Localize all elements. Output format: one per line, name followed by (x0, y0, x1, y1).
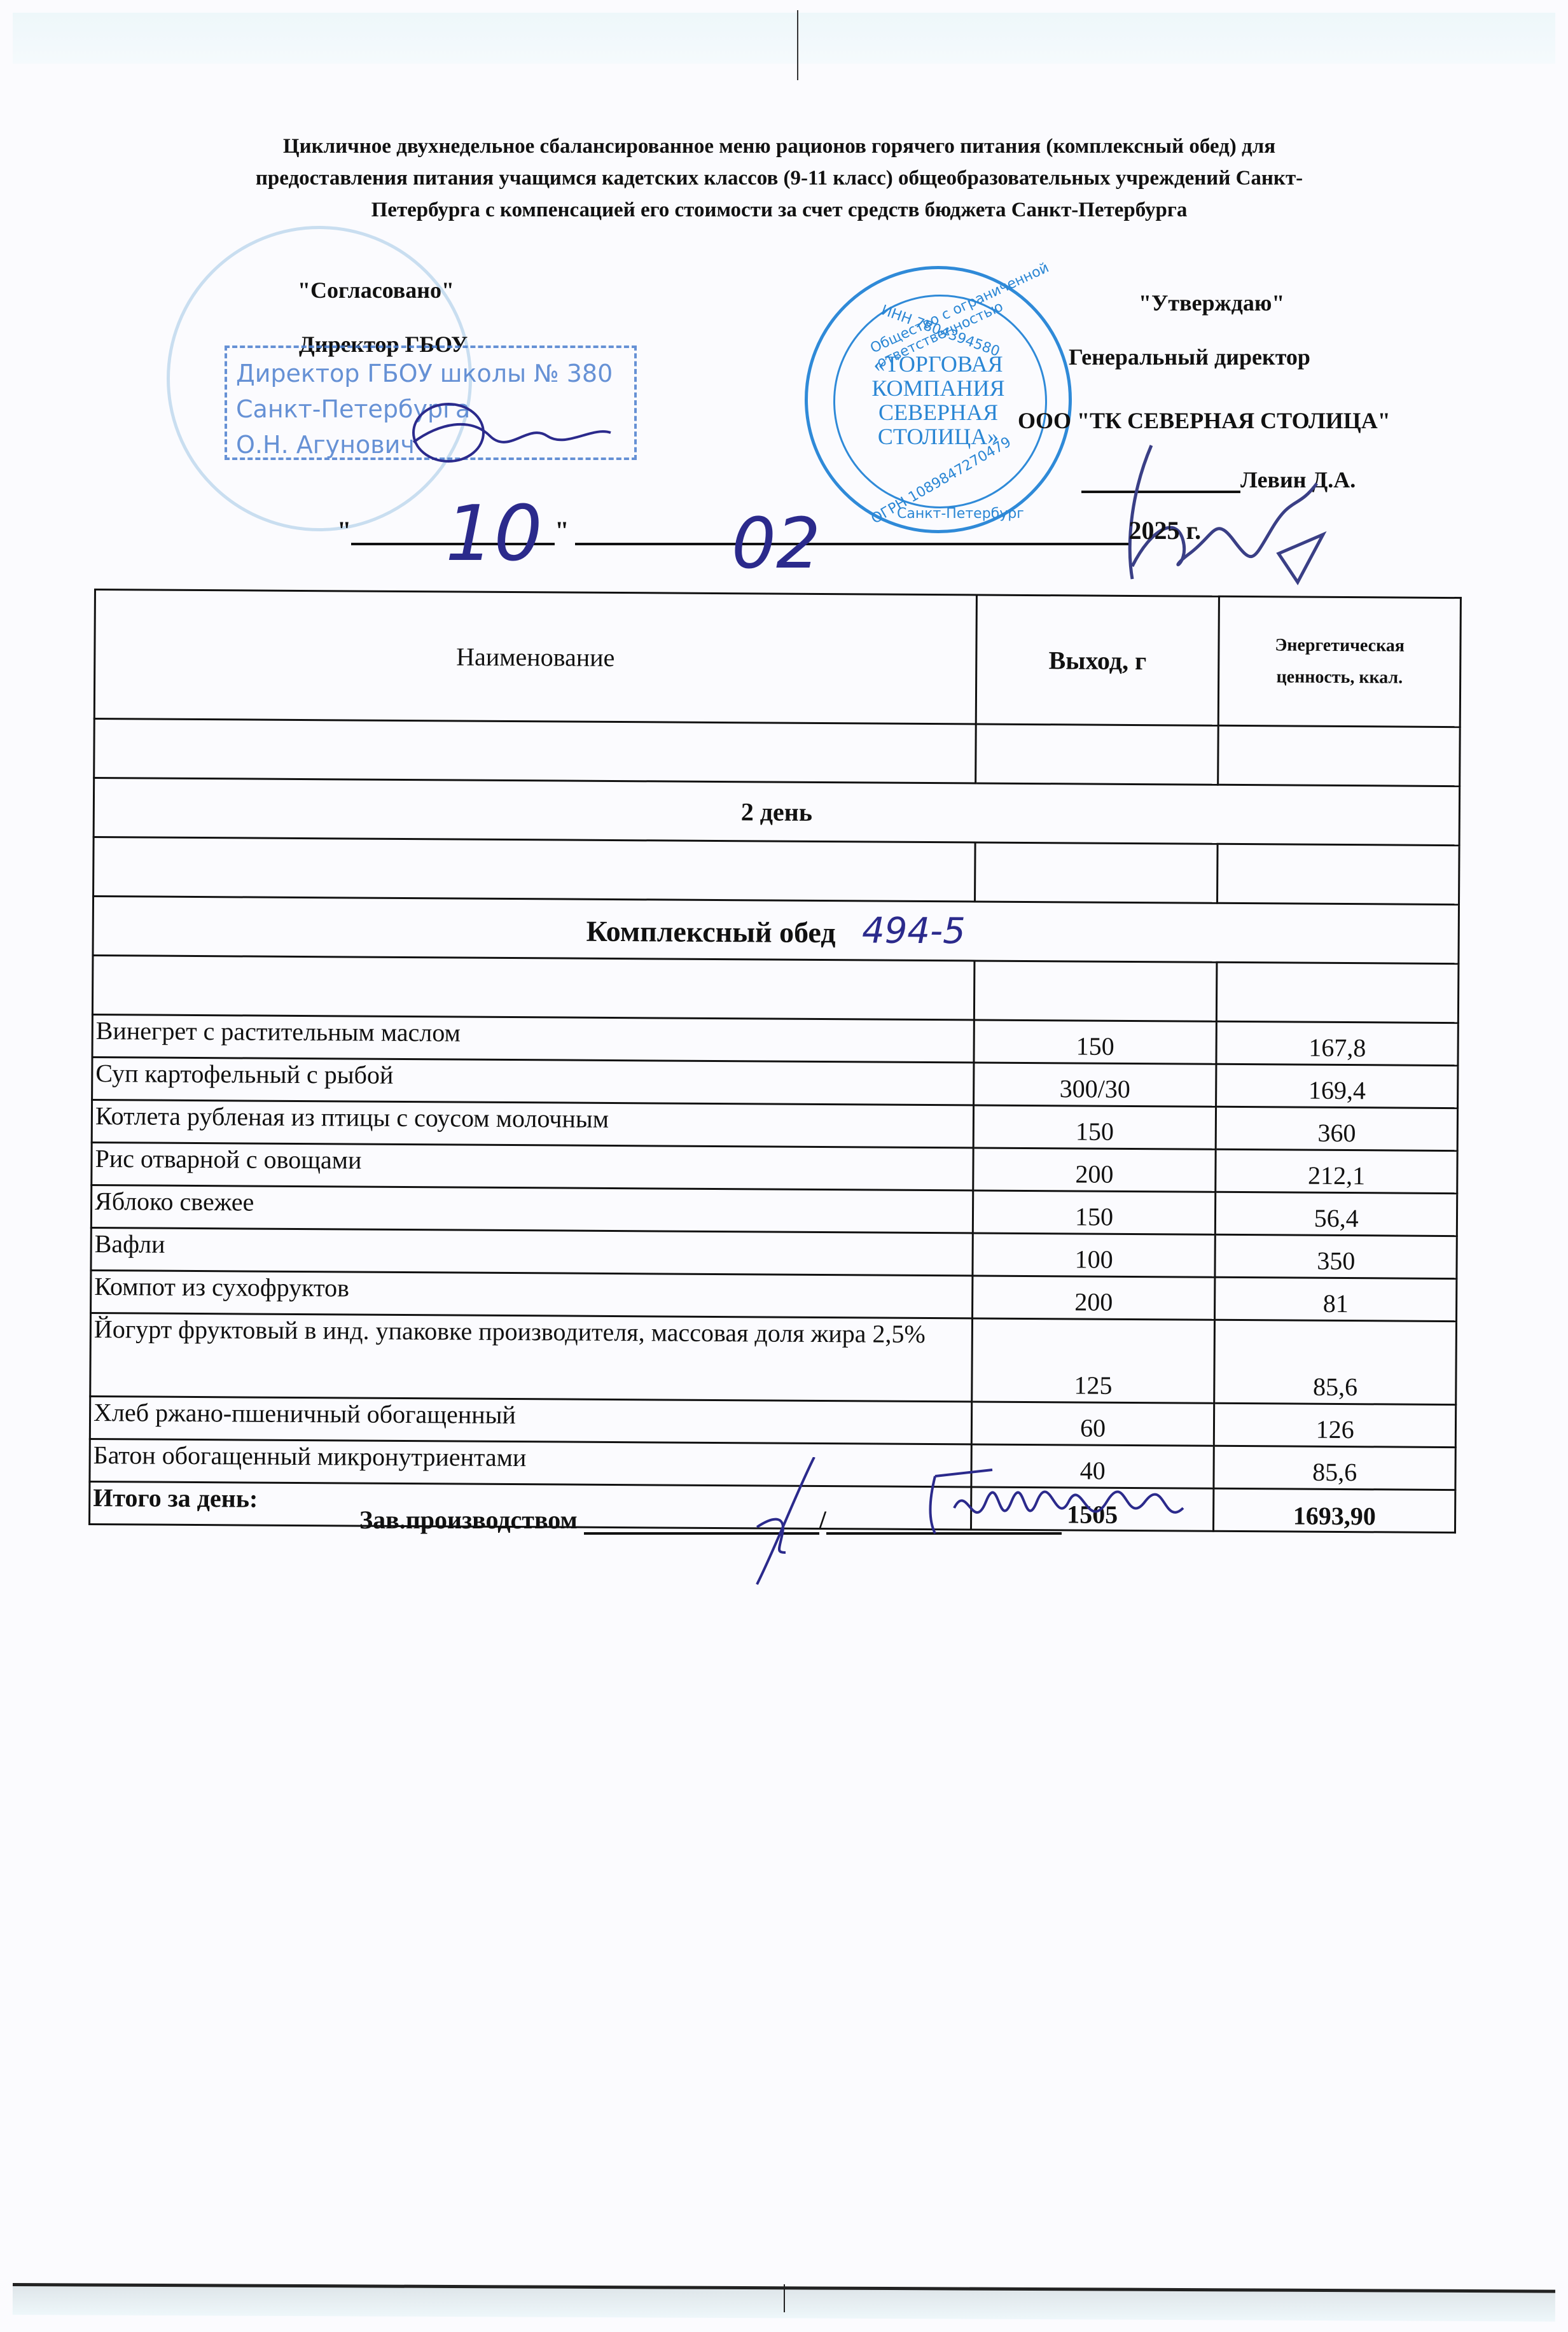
item-output: 150 (973, 1105, 1216, 1149)
title-line-1: Цикличное двухнедельное сбалансированное… (95, 130, 1463, 162)
stamp-center-line-1: «ТОРГОВАЯ (808, 352, 1069, 376)
day-label: 2 день (94, 778, 1460, 846)
item-name: Компот из сухофруктов (91, 1270, 973, 1318)
menu-table: Наименование Выход, г Энергетическая цен… (88, 589, 1462, 1533)
menu-items: Винегрет с растительным маслом150167,8Су… (90, 1014, 1458, 1490)
item-output: 200 (972, 1276, 1215, 1320)
item-output: 200 (973, 1148, 1216, 1192)
header-output: Выход, г (976, 595, 1219, 725)
scan-fold-mark-top (797, 10, 798, 80)
empty-row (94, 837, 1460, 905)
item-output: 300/30 (973, 1063, 1216, 1107)
item-name: Хлеб ржано-пшеничный обогащенный (90, 1396, 971, 1444)
meal-row: Комплексный обед 494-5 (93, 897, 1459, 964)
table-header-row: Наименование Выход, г Энергетическая цен… (94, 590, 1460, 727)
header-name: Наименование (94, 590, 976, 724)
item-name: Рис отварной с овощами (92, 1142, 973, 1190)
production-manager-handwriting (725, 1457, 1298, 1597)
item-name: Яблоко свежее (91, 1185, 973, 1232)
item-kcal: 360 (1216, 1107, 1458, 1150)
item-kcal: 169,4 (1216, 1064, 1458, 1108)
stamp-center-line-2: КОМПАНИЯ (808, 376, 1069, 400)
header-energy: Энергетическая ценность, ккал. (1219, 596, 1461, 727)
item-name: Вафли (91, 1227, 973, 1275)
item-kcal: 212,1 (1216, 1149, 1457, 1193)
item-name: Винегрет с растительным маслом (92, 1014, 974, 1062)
item-kcal: 167,8 (1216, 1021, 1458, 1065)
date-month-handwritten: 02 (732, 503, 821, 584)
scan-fold-mark-bottom (784, 2284, 785, 2312)
stamp-center-text: «ТОРГОВАЯ КОМПАНИЯ СЕВЕРНАЯ СТОЛИЦА» (808, 352, 1069, 449)
document-title: Цикличное двухнедельное сбалансированное… (95, 130, 1463, 226)
item-output: 100 (973, 1233, 1216, 1277)
company-round-stamp: Общество с ограниченной ответственностью… (805, 266, 1072, 533)
date-quote-open: " (337, 516, 351, 545)
item-kcal: 81 (1215, 1277, 1457, 1321)
title-line-3: Петербурга с компенсацией его стоимости … (95, 194, 1463, 226)
meal-cell: Комплексный обед 494-5 (93, 897, 1459, 964)
date-month-blank (575, 517, 1128, 545)
item-kcal: 350 (1215, 1234, 1457, 1278)
table-row: Йогурт фруктовый в инд. упаковке произво… (90, 1313, 1457, 1404)
item-output: 60 (971, 1402, 1214, 1446)
item-kcal: 85,6 (1214, 1320, 1456, 1404)
item-name: Йогурт фруктовый в инд. упаковке произво… (90, 1313, 973, 1401)
approval-right-heading: "Утверждаю" (1139, 290, 1284, 316)
header-energy-line-2: ценность, ккал. (1222, 661, 1457, 694)
empty-row (92, 955, 1459, 1023)
title-line-2: предоставления питания учащимся кадетски… (95, 162, 1463, 194)
director-signature-left (401, 398, 642, 468)
item-output: 125 (972, 1318, 1215, 1403)
meal-label: Комплексный обед (586, 914, 835, 948)
header-energy-line-1: Энергетическая (1223, 629, 1457, 662)
date-day-handwritten: 10 (445, 490, 543, 578)
item-output: 150 (974, 1020, 1217, 1064)
date-year: 2025 г. (1128, 516, 1201, 545)
item-kcal: 126 (1214, 1403, 1456, 1447)
meal-code-handwritten: 494-5 (862, 910, 966, 952)
approval-left-heading: "Согласовано" (298, 277, 454, 304)
item-output: 150 (973, 1190, 1216, 1234)
item-name: Котлета рубленая из птицы с соусом молоч… (92, 1100, 973, 1147)
school-stamp-line-1: Директор ГБОУ школы № 380 (236, 356, 634, 391)
day-row: 2 день (94, 778, 1460, 846)
empty-row (94, 719, 1460, 786)
approval-right-org: ООО "ТК СЕВЕРНАЯ СТОЛИЦА" (1018, 407, 1391, 434)
footer-label: Зав.производством (359, 1505, 578, 1534)
approval-right-role: Генеральный директор (1069, 344, 1310, 370)
date-quote-close: " (555, 516, 569, 545)
item-name: Суп картофельный с рыбой (92, 1057, 974, 1105)
item-kcal: 56,4 (1216, 1192, 1457, 1236)
scan-top-edge (13, 13, 1555, 64)
